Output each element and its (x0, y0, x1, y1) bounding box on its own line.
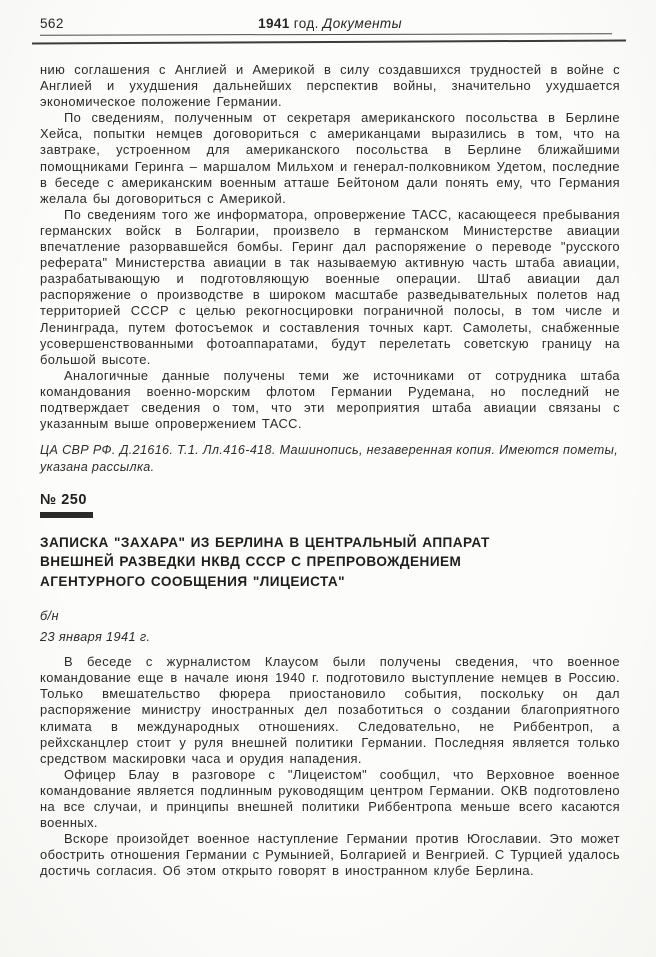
document-249-continuation: нию соглашения с Англией и Америкой в си… (40, 62, 620, 475)
document-number: № 250 (40, 492, 620, 508)
book-page: 562 1941год.Документы нию соглашения с А… (0, 0, 656, 957)
header-rule-thin (40, 33, 612, 35)
running-head: 562 1941год.Документы (40, 16, 620, 33)
paragraph-continuation: нию соглашения с Англией и Америкой в си… (40, 62, 620, 110)
paragraph: По сведениям того же информатора, опрове… (40, 207, 620, 368)
page-content: нию соглашения с Англией и Америкой в си… (40, 62, 620, 879)
paragraph: Офицер Блау в разговоре с "Лицеистом" со… (40, 767, 620, 831)
document-date: 23 января 1941 г. (40, 629, 620, 645)
paragraph: В беседе с журналистом Клаусом были полу… (40, 654, 620, 767)
document-ref-number: б/н (40, 608, 620, 624)
running-title-label: год. (294, 16, 319, 31)
document-number-underline (40, 512, 93, 518)
document-body: В беседе с журналистом Клаусом были полу… (40, 654, 620, 879)
paragraph: Вскоре произойдет военное наступление Ге… (40, 831, 620, 879)
archive-citation: ЦА СВР РФ. Д.21616. Т.1. Лл.416-418. Маш… (40, 442, 620, 475)
running-title: 1941год.Документы (40, 16, 620, 31)
document-title: ЗАПИСКА "ЗАХАРА" ИЗ БЕРЛИНА В ЦЕНТРАЛЬНЫ… (40, 533, 545, 592)
running-title-year: 1941 (258, 16, 290, 31)
document-250: № 250 ЗАПИСКА "ЗАХАРА" ИЗ БЕРЛИНА В ЦЕНТ… (40, 492, 620, 879)
header-rule-thick (32, 39, 626, 44)
running-title-section: Документы (323, 16, 402, 31)
paragraph: По сведениям, полученным от секретаря ам… (40, 110, 620, 207)
paragraph: Аналогичные данные получены теми же исто… (40, 368, 620, 432)
